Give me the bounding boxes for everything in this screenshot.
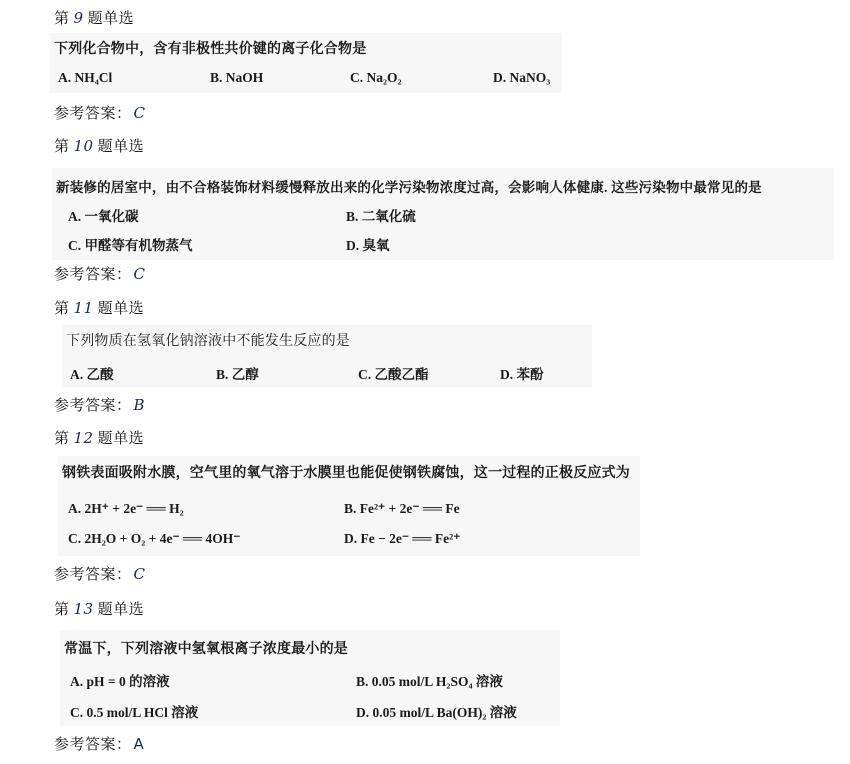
heading-prefix: 第 xyxy=(54,299,70,317)
option-a: A. 一氧化碳 xyxy=(68,205,139,225)
option-c: C. 2H₂O + O₂ + 4e⁻ ══ 4OH⁻ xyxy=(68,531,240,547)
answer-value: A xyxy=(134,735,145,753)
answer-label: 参考答案： xyxy=(54,735,132,753)
question-number: 10 xyxy=(74,137,94,155)
question-number: 11 xyxy=(74,299,94,317)
option-b: B. NaOH xyxy=(210,70,263,86)
answer-value: C xyxy=(134,565,146,583)
question-stem: 常温下，下列溶液中氢氧根离子浓度最小的是 xyxy=(64,638,348,658)
option-b: B. Fe²⁺ + 2e⁻ ══ Fe xyxy=(344,501,460,517)
option-c: C. Na₂O₂ xyxy=(350,70,402,86)
question-12-answer: 参考答案：C xyxy=(54,564,146,584)
option-a: A. pH = 0 的溶液 xyxy=(70,670,170,690)
heading-prefix: 第 xyxy=(54,9,70,27)
question-10-heading: 第10题单选 xyxy=(54,136,144,156)
heading-suffix: 题单选 xyxy=(98,429,145,447)
question-stem: 新装修的居室中，由不合格装饰材料缓慢释放出来的化学污染物浓度过高，会影响人体健康… xyxy=(56,176,762,196)
option-d: D. 苯酚 xyxy=(500,363,544,383)
question-12-scan: 钢铁表面吸附水膜，空气里的氧气溶于水膜里也能促使钢铁腐蚀，这一过程的正极反应式为… xyxy=(58,456,640,556)
answer-label: 参考答案： xyxy=(54,396,132,414)
option-d: D. NaNO₃ xyxy=(493,70,550,86)
question-stem: 下列物质在氢氧化钠溶液中不能发生反应的是 xyxy=(66,330,350,350)
question-13-heading: 第13题单选 xyxy=(54,599,144,619)
question-12-heading: 第12题单选 xyxy=(54,428,144,448)
question-13-answer: 参考答案：A xyxy=(54,734,144,754)
option-b: B. 二氧化硫 xyxy=(346,205,416,225)
question-number: 12 xyxy=(74,429,94,447)
question-stem: 钢铁表面吸附水膜，空气里的氧气溶于水膜里也能促使钢铁腐蚀，这一过程的正极反应式为 xyxy=(62,462,630,482)
question-10-answer: 参考答案：C xyxy=(54,264,146,284)
question-stem: 下列化合物中，含有非极性共价键的离子化合物是 xyxy=(54,38,366,58)
question-9-heading: 第9题单选 xyxy=(54,8,134,28)
heading-prefix: 第 xyxy=(54,137,70,155)
option-c: C. 0.5 mol/L HCl 溶液 xyxy=(70,701,198,721)
option-d: D. Fe − 2e⁻ ══ Fe²⁺ xyxy=(344,531,460,547)
question-number: 13 xyxy=(74,600,94,618)
answer-value: B xyxy=(134,396,146,414)
option-d: D. 臭氧 xyxy=(346,234,390,254)
option-a: A. NH₄Cl xyxy=(58,70,112,86)
option-d: D. 0.05 mol/L Ba(OH)₂ 溶液 xyxy=(356,701,517,721)
heading-suffix: 题单选 xyxy=(98,299,145,317)
answer-value: C xyxy=(134,265,146,283)
question-13-scan: 常温下，下列溶液中氢氧根离子浓度最小的是 A. pH = 0 的溶液 B. 0.… xyxy=(60,630,560,726)
question-9-scan: 下列化合物中，含有非极性共价键的离子化合物是 A. NH₄Cl B. NaOH … xyxy=(50,33,562,93)
heading-suffix: 题单选 xyxy=(98,137,145,155)
answer-label: 参考答案： xyxy=(54,265,132,283)
heading-suffix: 题单选 xyxy=(98,600,145,618)
heading-suffix: 题单选 xyxy=(88,9,135,27)
question-9-answer: 参考答案：C xyxy=(54,103,146,123)
question-10-scan: 新装修的居室中，由不合格装饰材料缓慢释放出来的化学污染物浓度过高，会影响人体健康… xyxy=(52,168,834,260)
question-number: 9 xyxy=(74,9,84,27)
answer-label: 参考答案： xyxy=(54,565,132,583)
option-b: B. 乙醇 xyxy=(216,363,259,383)
option-a: A. 2H⁺ + 2e⁻ ══ H₂ xyxy=(68,501,184,517)
option-a: A. 乙酸 xyxy=(70,363,114,383)
question-11-answer: 参考答案：B xyxy=(54,395,145,415)
option-b: B. 0.05 mol/L H₂SO₄ 溶液 xyxy=(356,670,503,690)
heading-prefix: 第 xyxy=(54,429,70,447)
option-c: C. 甲醛等有机物蒸气 xyxy=(68,234,193,254)
heading-prefix: 第 xyxy=(54,600,70,618)
question-11-heading: 第11题单选 xyxy=(54,298,144,318)
question-11-scan: 下列物质在氢氧化钠溶液中不能发生反应的是 A. 乙酸 B. 乙醇 C. 乙酸乙酯… xyxy=(62,325,592,387)
answer-value: C xyxy=(134,104,146,122)
answer-label: 参考答案： xyxy=(54,104,132,122)
option-c: C. 乙酸乙酯 xyxy=(358,363,429,383)
